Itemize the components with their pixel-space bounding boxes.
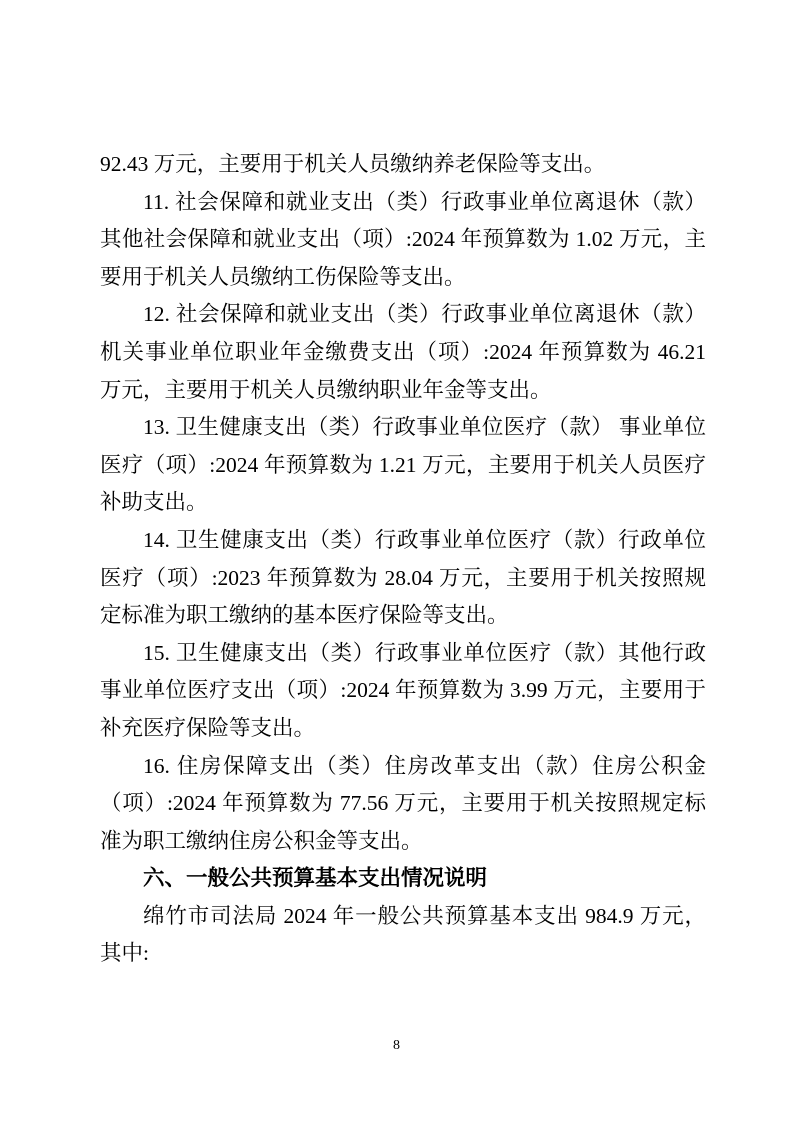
document-page: 92.43 万元，主要用于机关人员缴纳养老保险等支出。 11. 社会保障和就业支… [0, 0, 793, 1122]
paragraph-item-15: 15. 卫生健康支出（类）行政事业单位医疗（款）其他行政事业单位医疗支出（项）:… [100, 635, 706, 748]
page-number: 8 [0, 1038, 793, 1054]
paragraph-item-12: 12. 社会保障和就业支出（类）行政事业单位离退休（款）机关事业单位职业年金缴费… [100, 296, 706, 409]
paragraph-item-13: 13. 卫生健康支出（类）行政事业单位医疗（款） 事业单位医疗（项）:2024 … [100, 409, 706, 522]
paragraph-basic-expenditure-summary: 绵竹市司法局 2024 年一般公共预算基本支出 984.9 万元，其中: [100, 898, 706, 973]
paragraph-continuation-pension: 92.43 万元，主要用于机关人员缴纳养老保险等支出。 [100, 146, 706, 184]
section-heading-six: 六、一般公共预算基本支出情况说明 [100, 860, 706, 898]
paragraph-item-11: 11. 社会保障和就业支出（类）行政事业单位离退休（款）其他社会保障和就业支出（… [100, 184, 706, 297]
paragraph-item-14: 14. 卫生健康支出（类）行政事业单位医疗（款）行政单位医疗（项）:2023 年… [100, 522, 706, 635]
paragraph-item-16: 16. 住房保障支出（类）住房改革支出（款）住房公积金（项）:2024 年预算数… [100, 748, 706, 861]
page-body: 92.43 万元，主要用于机关人员缴纳养老保险等支出。 11. 社会保障和就业支… [100, 146, 706, 973]
